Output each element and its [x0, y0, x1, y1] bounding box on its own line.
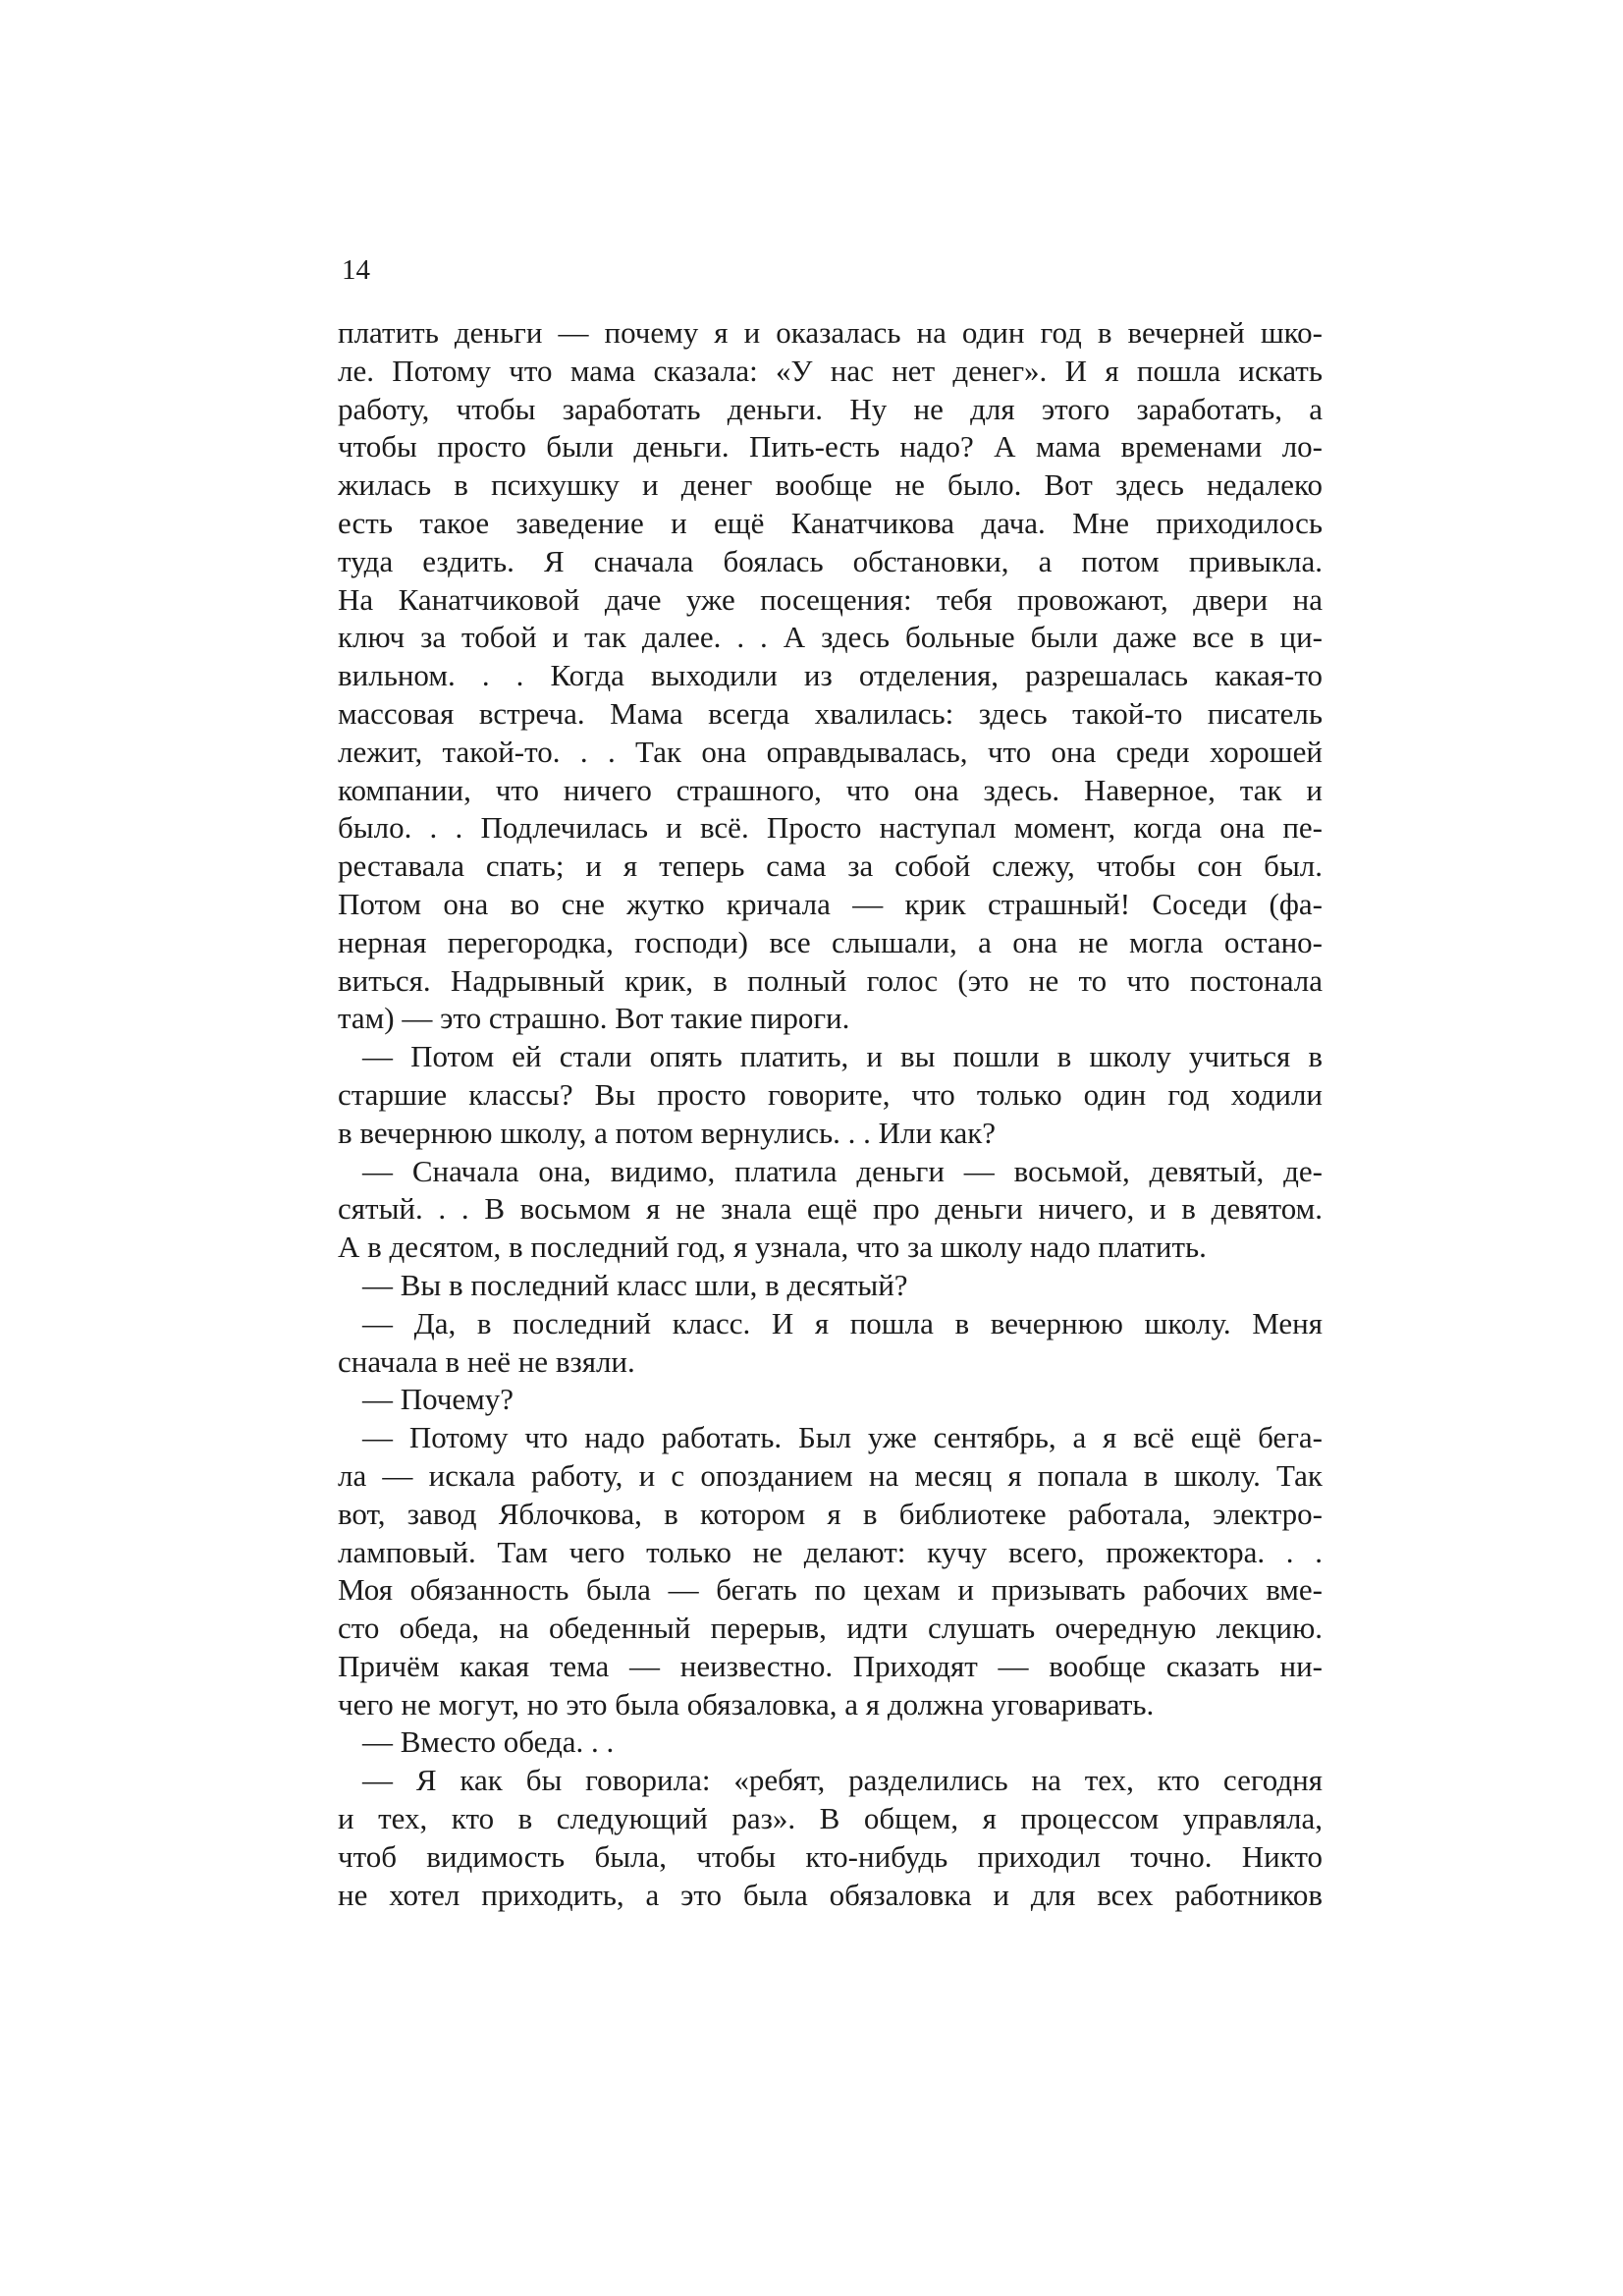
text-line: — Вы в последний класс шли, в десятый?: [338, 1267, 1323, 1305]
paragraph: — Сначала она, видимо, платила деньги — …: [338, 1153, 1323, 1267]
text-line: — Почему?: [338, 1381, 1323, 1419]
text-line: есть такое заведение и ещё Канатчикова д…: [338, 505, 1323, 543]
text-line: — Потому что надо работать. Был уже сент…: [338, 1419, 1323, 1457]
text-line: виться. Надрывный крик, в полный голос (…: [338, 962, 1323, 1001]
text-line: ламповый. Там чего только не делают: куч…: [338, 1534, 1323, 1572]
text-line: не хотел приходить, а это была обязаловк…: [338, 1877, 1323, 1915]
paragraph: — Вы в последний класс шли, в десятый?: [338, 1267, 1323, 1305]
text-line: — Вместо обеда. . .: [338, 1723, 1323, 1762]
text-line: — Потом ей стали опять платить, и вы пош…: [338, 1038, 1323, 1076]
text-line: Моя обязанность была — бегать по цехам и…: [338, 1571, 1323, 1610]
text-line: работу, чтобы заработать деньги. Ну не д…: [338, 391, 1323, 429]
page-text: платить деньги — почему я и оказалась на…: [338, 314, 1323, 1914]
text-line: нерная перегородка, господи) все слышали…: [338, 924, 1323, 962]
text-line: — Я как бы говорила: «ребят, разделились…: [338, 1762, 1323, 1800]
text-line: А в десятом, в последний год, я узнала, …: [338, 1229, 1323, 1267]
text-line: чтоб видимость была, чтобы кто-нибудь пр…: [338, 1838, 1323, 1877]
text-line: чего не могут, но это была обязаловка, а…: [338, 1686, 1323, 1724]
text-line: компании, что ничего страшного, что она …: [338, 772, 1323, 810]
paragraph: — Почему?: [338, 1381, 1323, 1419]
paragraph: — Потом ей стали опять платить, и вы пош…: [338, 1038, 1323, 1152]
text-line: и тех, кто в следующий раз». В общем, я …: [338, 1800, 1323, 1838]
text-line: ла — искала работу, и с опозданием на ме…: [338, 1457, 1323, 1496]
text-line: в вечернюю школу, а потом вернулись. . .…: [338, 1115, 1323, 1153]
paragraph: платить деньги — почему я и оказалась на…: [338, 314, 1323, 1038]
text-line: Причём какая тема — неизвестно. Приходят…: [338, 1648, 1323, 1686]
text-line: — Сначала она, видимо, платила деньги — …: [338, 1153, 1323, 1191]
text-line: сначала в неё не взяли.: [338, 1343, 1323, 1382]
paragraph: — Вместо обеда. . .: [338, 1723, 1323, 1762]
text-line: было. . . Подлечилась и всё. Просто наст…: [338, 809, 1323, 847]
text-line: старшие классы? Вы просто говорите, что …: [338, 1076, 1323, 1115]
text-line: там) — это страшно. Вот такие пироги.: [338, 1000, 1323, 1038]
text-line: сто обеда, на обеденный перерыв, идти сл…: [338, 1610, 1323, 1648]
text-line: ле. Потому что мама сказала: «У нас нет …: [338, 353, 1323, 391]
text-line: На Канатчиковой даче уже посещения: тебя…: [338, 581, 1323, 620]
text-line: ключ за тобой и так далее. . . А здесь б…: [338, 619, 1323, 657]
text-line: вот, завод Яблочкова, в котором я в библ…: [338, 1496, 1323, 1534]
book-page: 14 платить деньги — почему я и оказалась…: [0, 0, 1623, 2296]
text-line: сятый. . . В восьмом я не знала ещё про …: [338, 1190, 1323, 1229]
text-line: реставала спать; и я теперь сама за собо…: [338, 847, 1323, 886]
text-line: Потом она во сне жутко кричала — крик ст…: [338, 886, 1323, 924]
text-line: чтобы просто были деньги. Пить-есть надо…: [338, 428, 1323, 466]
paragraph: — Я как бы говорила: «ребят, разделились…: [338, 1762, 1323, 1914]
paragraph: — Потому что надо работать. Был уже сент…: [338, 1419, 1323, 1723]
text-line: жилась в психушку и денег вообще не было…: [338, 466, 1323, 505]
text-line: туда ездить. Я сначала боялась обстановк…: [338, 543, 1323, 581]
page-number: 14: [342, 256, 370, 285]
text-line: лежит, такой-то. . . Так она оправдывала…: [338, 734, 1323, 772]
paragraph: — Да, в последний класс. И я пошла в веч…: [338, 1305, 1323, 1382]
text-line: вильном. . . Когда выходили из отделения…: [338, 657, 1323, 695]
text-line: платить деньги — почему я и оказалась на…: [338, 314, 1323, 353]
text-line: массовая встреча. Мама всегда хвалилась:…: [338, 695, 1323, 734]
text-line: — Да, в последний класс. И я пошла в веч…: [338, 1305, 1323, 1343]
